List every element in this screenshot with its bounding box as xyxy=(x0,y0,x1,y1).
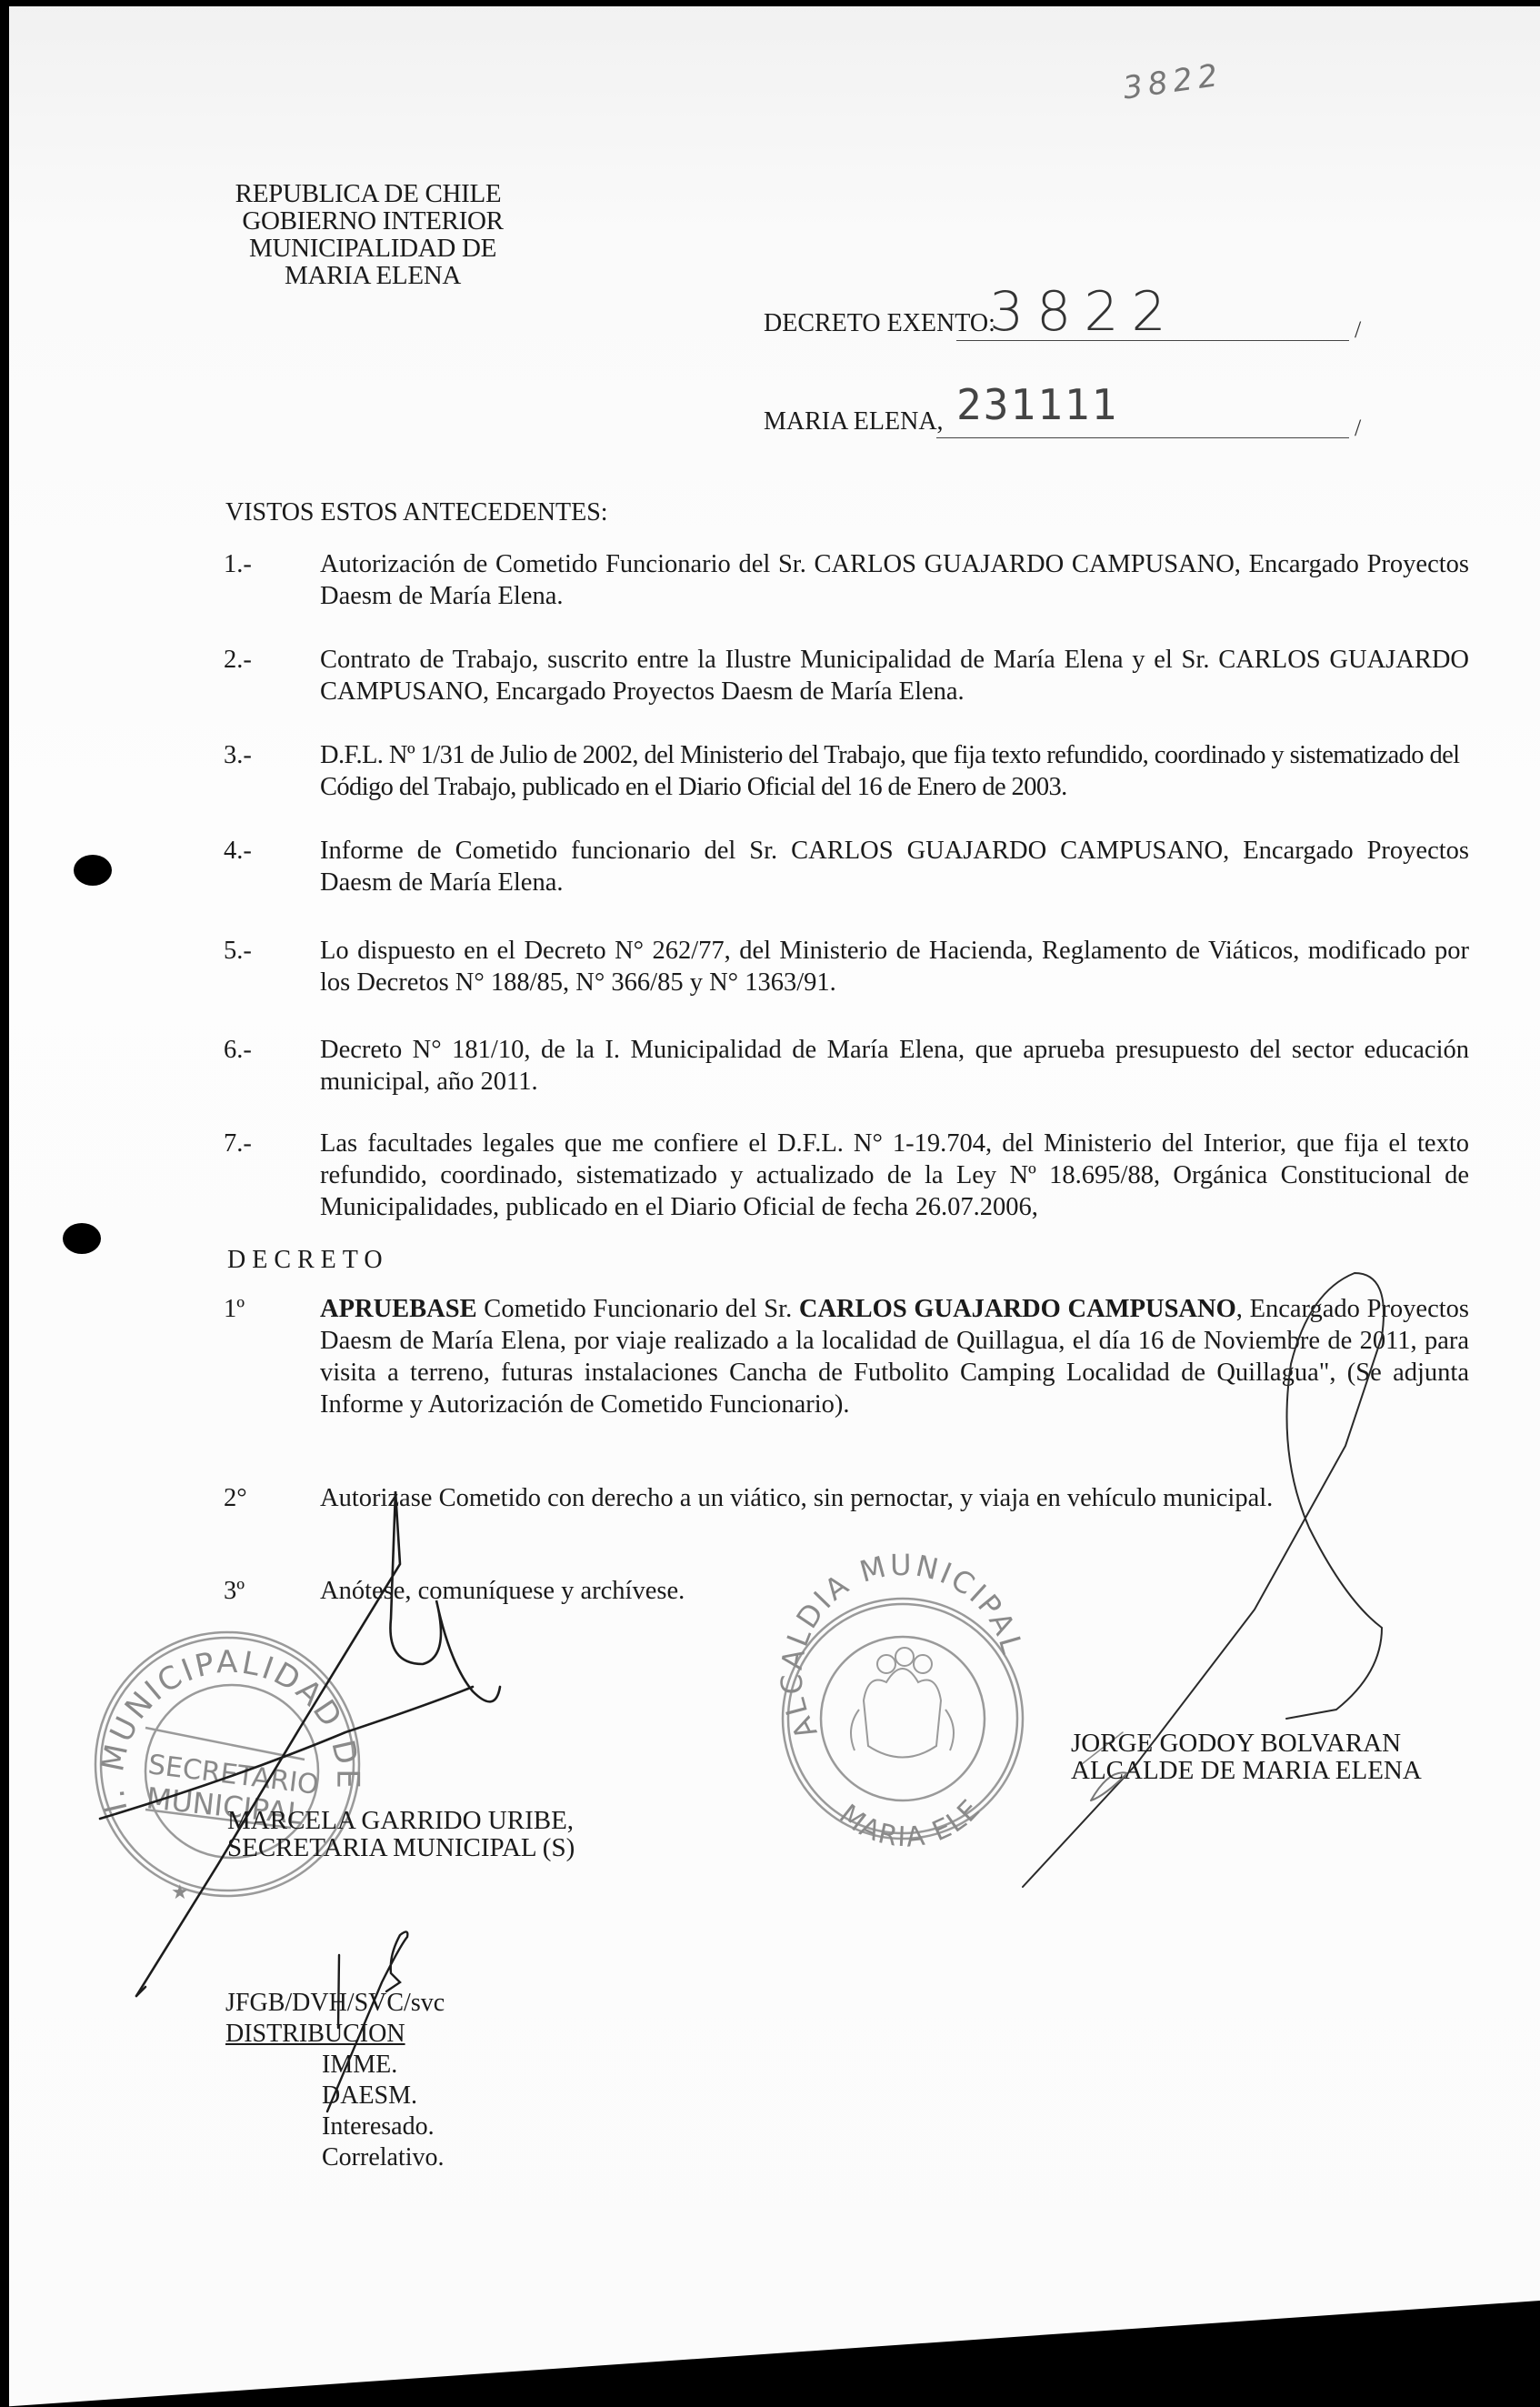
initials-reference: JFGB/DVH/SVC/svc xyxy=(225,1988,445,2019)
vistos-item-text: D.F.L. Nº 1/31 de Julio de 2002, del Min… xyxy=(320,739,1469,803)
vistos-item: 6.- Decreto N° 181/10, de la I. Municipa… xyxy=(224,1034,1469,1098)
header-line: GOBIERNO INTERIOR xyxy=(182,207,564,235)
decree-number-underline xyxy=(956,340,1349,341)
vistos-item: 4.- Informe de Cometido funcionario del … xyxy=(224,835,1469,898)
decreto-item: 2° Autorizase Cometido con derecho a un … xyxy=(224,1482,1469,1514)
handwritten-number: 3822 xyxy=(1121,57,1225,107)
distribution-block: JFGB/DVH/SVC/svc DISTRIBUCION IMME. DAES… xyxy=(225,1988,445,2173)
decree-number: 3822 xyxy=(989,280,1179,344)
place-label: MARIA ELENA, xyxy=(764,407,944,436)
vistos-item-number: 5.- xyxy=(224,935,296,967)
date-stamp: 231111 xyxy=(956,380,1118,429)
decreto-item-number: 1º xyxy=(224,1293,296,1325)
vistos-item-text: Informe de Cometido funcionario del Sr. … xyxy=(320,835,1469,898)
secretary-signatory: MARCELA GARRIDO URIBE, SECRETARIA MUNICI… xyxy=(227,1807,575,1861)
punch-hole-upper xyxy=(74,855,112,886)
scan-border-top xyxy=(0,0,1540,6)
svg-text:★: ★ xyxy=(171,1880,189,1903)
distribution-item: Interesado. xyxy=(225,2111,445,2142)
secretary-name: MARCELA GARRIDO URIBE, xyxy=(227,1807,575,1834)
punch-hole-lower xyxy=(63,1223,101,1254)
distribution-title: DISTRIBUCION xyxy=(225,2019,445,2050)
vistos-item-text: Contrato de Trabajo, suscrito entre la I… xyxy=(320,644,1469,707)
decree-label: DECRETO EXENTO: xyxy=(764,309,995,338)
vistos-item-number: 6.- xyxy=(224,1034,296,1066)
date-slash: / xyxy=(1355,415,1361,442)
employee-name: CARLOS GUAJARDO CAMPUSANO xyxy=(799,1295,1236,1323)
decreto-item-number: 2° xyxy=(224,1482,296,1514)
mayor-title: ALCALDE DE MARIA ELENA xyxy=(1071,1757,1422,1784)
decreto-title: DECRETO xyxy=(227,1246,389,1275)
mayor-name: JORGE GODOY BOLVARAN xyxy=(1071,1730,1422,1757)
vistos-item: 5.- Lo dispuesto en el Decreto N° 262/77… xyxy=(224,935,1469,998)
secretary-stamp-inner-line: SECRETARIO xyxy=(146,1749,320,1801)
decreto-item-text: Autorizase Cometido con derecho a un viá… xyxy=(320,1482,1469,1514)
scan-border-left xyxy=(0,0,9,2407)
decreto-text-segment: Cometido Funcionario del Sr. xyxy=(477,1295,799,1323)
secretary-title: SECRETARIA MUNICIPAL (S) xyxy=(227,1834,575,1861)
decreto-item: 3º Anótese, comuníquese y archívese. xyxy=(224,1575,1469,1607)
issuer-header: REPUBLICA DE CHILE GOBIERNO INTERIOR MUN… xyxy=(182,180,564,289)
header-line: REPUBLICA DE CHILE xyxy=(173,180,564,207)
scanned-page: 3822 REPUBLICA DE CHILE GOBIERNO INTERIO… xyxy=(0,0,1540,2407)
vistos-item: 7.- Las facultades legales que me confie… xyxy=(224,1128,1469,1223)
vistos-item-number: 3.- xyxy=(224,739,296,771)
scan-border-bottom xyxy=(0,2301,1540,2407)
mayor-signatory: JORGE GODOY BOLVARAN ALCALDE DE MARIA EL… xyxy=(1071,1730,1422,1784)
distribution-item: Correlativo. xyxy=(225,2142,445,2173)
vistos-title: VISTOS ESTOS ANTECEDENTES: xyxy=(225,498,608,527)
vistos-item-text: Autorización de Cometido Funcionario del… xyxy=(320,548,1469,612)
header-line: MUNICIPALIDAD DE xyxy=(182,235,564,262)
distribution-item: DAESM. xyxy=(225,2081,445,2111)
vistos-item: 2.- Contrato de Trabajo, suscrito entre … xyxy=(224,644,1469,707)
decreto-item-number: 3º xyxy=(224,1575,296,1607)
decree-slash: / xyxy=(1355,316,1361,344)
vistos-item-number: 1.- xyxy=(224,548,296,580)
secretary-stamp: ★ xyxy=(95,1632,359,1903)
vistos-item-text: Decreto N° 181/10, de la I. Municipalida… xyxy=(320,1034,1469,1098)
vistos-item-text: Lo dispuesto en el Decreto N° 262/77, de… xyxy=(320,935,1469,998)
decreto-item-text: Anótese, comuníquese y archívese. xyxy=(320,1575,1469,1607)
vistos-item: 3.- D.F.L. Nº 1/31 de Julio de 2002, del… xyxy=(224,739,1469,803)
vistos-item: 1.- Autorización de Cometido Funcionario… xyxy=(224,548,1469,612)
header-line: MARIA ELENA xyxy=(182,262,564,289)
vistos-item-number: 2.- xyxy=(224,644,296,676)
approve-keyword: APRUEBASE xyxy=(320,1295,477,1323)
vistos-item-number: 4.- xyxy=(224,835,296,867)
mayor-stamp xyxy=(783,1599,1023,1839)
secretary-signature xyxy=(100,1491,500,1996)
date-underline xyxy=(936,437,1349,438)
vistos-item-number: 7.- xyxy=(224,1128,296,1159)
decreto-item: 1º APRUEBASE Cometido Funcionario del Sr… xyxy=(224,1293,1469,1420)
decreto-item-text: APRUEBASE Cometido Funcionario del Sr. C… xyxy=(320,1293,1469,1420)
distribution-item: IMME. xyxy=(225,2050,445,2081)
vistos-item-text: Las facultades legales que me confiere e… xyxy=(320,1128,1469,1223)
